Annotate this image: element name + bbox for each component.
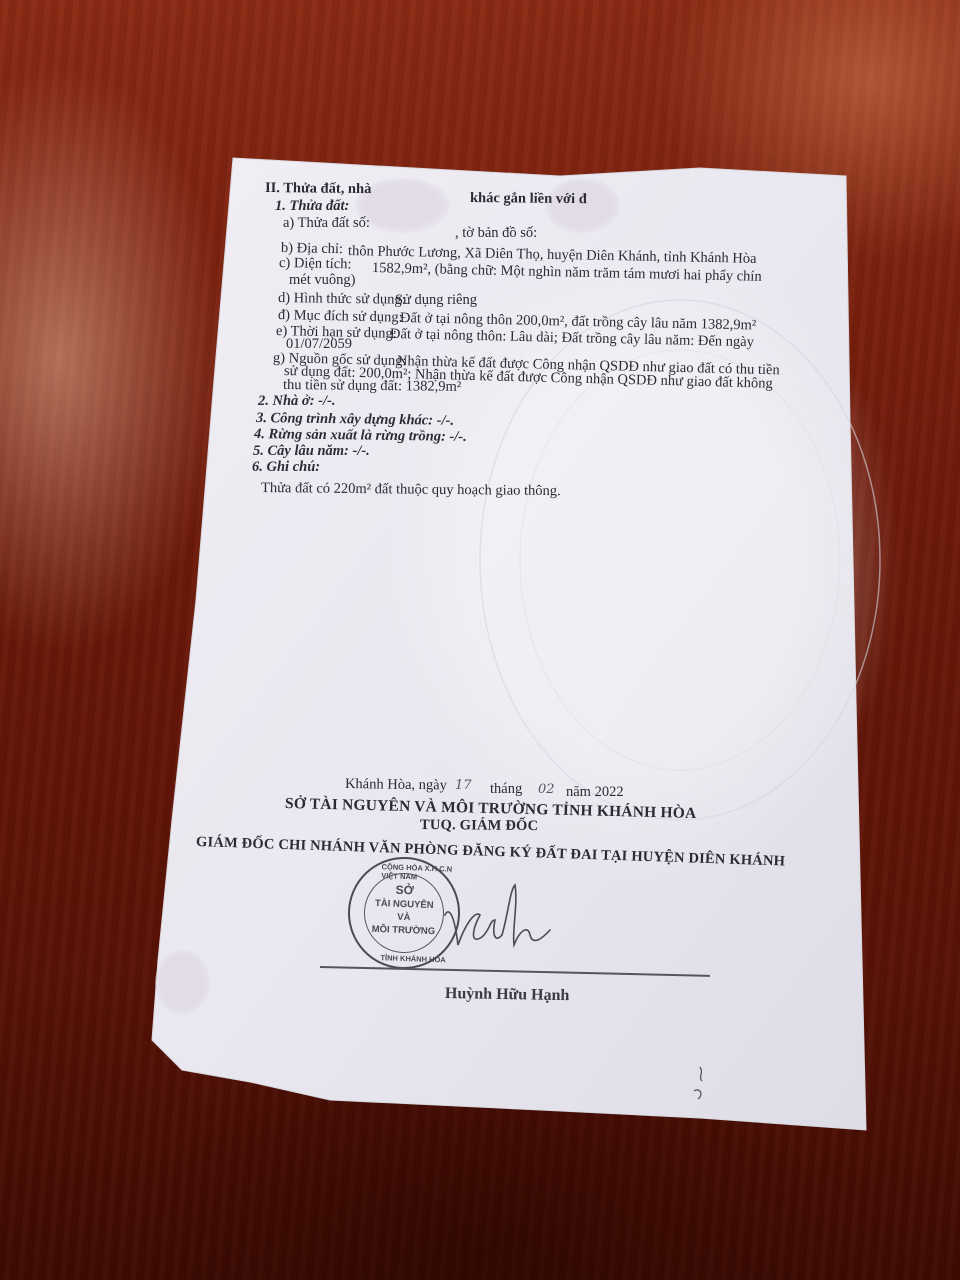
date-year: năm 2022 [566, 784, 624, 801]
date-prefix: Khánh Hòa, ngày [345, 776, 447, 794]
area-value-continued: mét vuông) [289, 272, 355, 289]
notes-text: Thửa đất có 220m² đất thuộc quy hoạch gi… [261, 480, 561, 500]
usage-form-value: Sử dụng riêng [395, 292, 477, 309]
document-sheet: II. Thửa đất, nhà khác gắn liền với đ 1.… [0, 0, 960, 1280]
signature-icon [440, 875, 560, 965]
notes-heading: 6. Ghi chú: [252, 459, 320, 476]
on-behalf-label: TUQ. GIÁM ĐỐC [420, 817, 538, 835]
usage-form-label: d) Hình thức sử dụng: [278, 290, 406, 309]
map-sheet-label: , tờ bản đồ số: [455, 225, 537, 242]
parcel-number-label: a) Thửa đất số: [283, 215, 370, 232]
parcel-heading: 1. Thửa đất: [275, 198, 349, 215]
area-label: c) Diện tích: [279, 255, 352, 273]
date-day: 17 [455, 778, 472, 793]
signer-name: Huỳnh Hữu Hạnh [445, 985, 570, 1005]
stamp-ring-bottom: TỈNH KHÁNH HÒA [380, 953, 446, 964]
ink-smudge [690, 1065, 720, 1105]
house-item: 2. Nhà ở: -/-. [258, 393, 335, 410]
perennial-item: 5. Cây lâu năm: -/-. [253, 443, 370, 460]
signature-line [320, 966, 710, 976]
section-title-continued: khác gắn liền với đ [470, 190, 587, 208]
signer-title: GIÁM ĐỐC CHI NHÁNH VĂN PHÒNG ĐĂNG KÝ ĐẤT… [196, 834, 786, 871]
redaction-blur [155, 950, 210, 1015]
date-month: 02 [538, 782, 555, 797]
date-month-label: tháng [490, 781, 522, 798]
section-title: II. Thửa đất, nhà [265, 180, 372, 198]
